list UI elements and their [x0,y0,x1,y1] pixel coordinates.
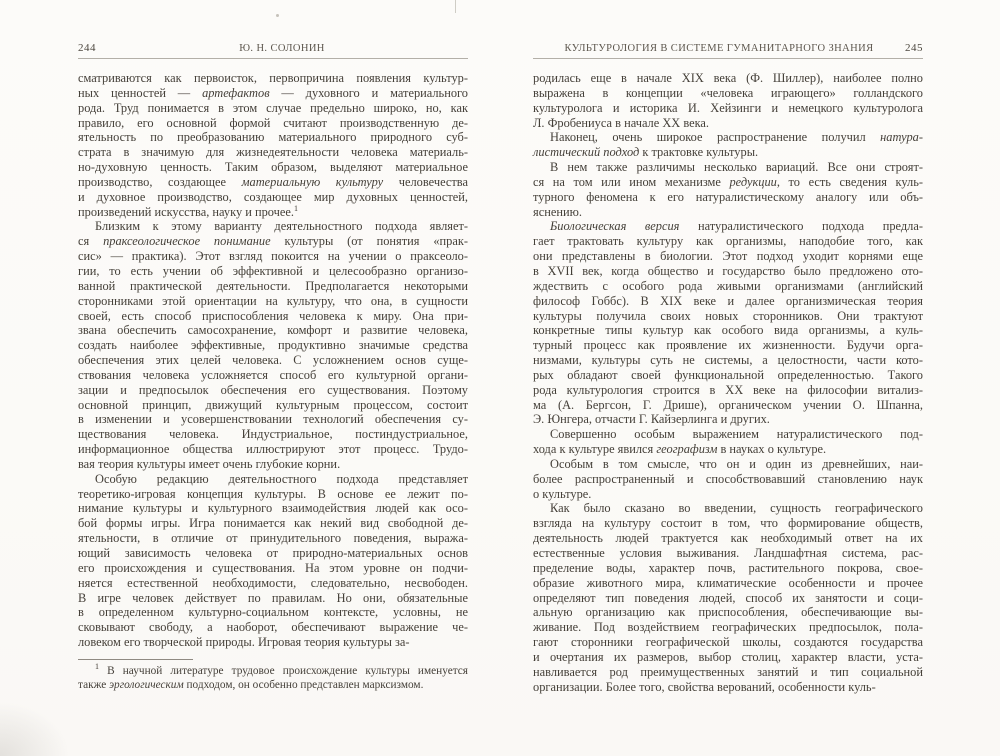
text-line: ма (А. Бергсон, Г. Дрише), органическом … [533,398,923,413]
running-head-left: Ю. Н. СОЛОНИН [96,43,468,54]
text-line: турный процесс как проявление их жизненн… [533,338,923,353]
text-line: хода к культуре явился географизм в наук… [533,442,923,457]
text-line: альную организацию как приспособления, о… [533,605,923,620]
text-line: Особым в том смысле, что он и один из др… [533,457,923,472]
text-line: своей, есть способ приспособления челове… [78,309,468,324]
text-line: Биологическая версия натуралистического … [533,219,923,234]
text-line: деятельность людей трактуется как необхо… [533,531,923,546]
text-line: турного феномена к его натуралистическом… [533,190,923,205]
text-line: ятельность по преобразованию материально… [78,130,468,145]
footnote-marker: 1 [294,203,298,212]
page-right-header: КУЛЬТУРОЛОГИЯ В СИСТЕМЕ ГУМАНИТАРНОГО ЗН… [533,42,923,59]
text-line: образие животного мира, климатические ос… [533,576,923,591]
text-line: рода культурология строится в XX веке на… [533,383,923,398]
text-line: ществования человека. Индустриальное, по… [78,427,468,442]
text-line: В нем также различимы несколько вариаций… [533,160,923,175]
text-line: создать наиболее эффективные, продуктивн… [78,338,468,353]
text-line: ствования человека усложняется способ ег… [78,368,468,383]
text-line: ющий зависимость человека от природно-ма… [78,546,468,561]
text-line: сковывают свободу, а наоборот, обеспечив… [78,620,468,635]
text-line: производство, создающее материальную кул… [78,175,468,190]
text-line: живание. Под воздействием географических… [533,620,923,635]
footnote-separator [78,659,193,660]
text-line: ятельности, в отличие от принудительного… [78,531,468,546]
text-line: Как было сказано во введении, сущность г… [533,501,923,516]
text-line: ся праксеологическое понимание культуры … [78,234,468,249]
text-line: навливается род преимущественных занятий… [533,665,923,680]
text-line: Наконец, очень широкое распространение п… [533,130,923,145]
scan-artifact-dot [276,14,279,17]
text-line: теоретико-игровая концепция культуры. В … [78,487,468,502]
text-line: в определенном культурно-социальном конт… [78,605,468,620]
text-line: в XVII век, когда общество и государство… [533,264,923,279]
text-line: ных ценностей — артефактов — духовного и… [78,86,468,101]
text-line: нимание культуры и культурного взаимодей… [78,501,468,516]
footnote: 1 В научной литературе трудовое происхож… [78,665,468,692]
page-left: 244 Ю. Н. СОЛОНИН сматриваются как перво… [78,42,468,692]
page-right-body: родилась еще в начале XIX века (Ф. Шилле… [533,71,923,694]
text-line: В игре человек действует по правилам. Но… [78,591,468,606]
text-line: Э. Юнгера, отчасти Г. Кайзерлинга и друг… [533,412,923,427]
text-line: яснению. [533,205,923,220]
text-line: ждествить с особого рода живыми организм… [533,279,923,294]
text-line: выражена в концепции «человека играющего… [533,86,923,101]
text-line: гии, то есть учении об эффективной и цел… [78,264,468,279]
text-line: вая теория культуры имеет очень глубокие… [78,457,468,472]
text-line: культуролога и историка И. Хейзинги и не… [533,101,923,116]
text-line: и духовное производство, создающее мир д… [78,190,468,205]
text-line: информационное общества иллюстрируют это… [78,442,468,457]
text-line: родилась еще в начале XIX века (Ф. Шилле… [533,71,923,86]
text-line: ванной практической деятельности. Предпо… [78,279,468,294]
page-left-body: сматриваются как первоисток, первопричин… [78,71,468,650]
text-line: но-духовную ценность. Таким образом, выд… [78,160,468,175]
text-line: сторонниками этой ориентации на культуру… [78,294,468,309]
text-line: культуры получила своих новых стороннико… [533,309,923,324]
text-line: гают сторонники географической школы, со… [533,635,923,650]
text-line: они представлены в биологии. Этот подход… [533,249,923,264]
text-line: пределение воды, характер почв, растител… [533,561,923,576]
page-number-left: 244 [78,42,96,54]
text-line: более распространенный и способствовавши… [533,472,923,487]
text-line: также эргологическим подходом, он особен… [78,679,468,693]
text-line: няется естественной необходимости, следо… [78,576,468,591]
text-line: конкретные типы культур как особого вида… [533,323,923,338]
text-line: философ Гоббс). В XIX веке и далее орган… [533,294,923,309]
page-left-header: 244 Ю. Н. СОЛОНИН [78,42,468,59]
text-line: страта в значимую для жизнедеятельности … [78,145,468,160]
text-line: листический подход к трактовке культуры. [533,145,923,160]
page-number-right: 245 [905,42,923,54]
text-line: Близким к этому варианту деятельностного… [78,219,468,234]
text-line: зации и предпосылок обеспечения его суще… [78,383,468,398]
text-line: 1 В научной литературе трудовое происхож… [78,665,468,679]
text-line: сис» — практика). Этот взгляд покоится н… [78,249,468,264]
text-line: Особую редакцию деятельностного подхода … [78,472,468,487]
text-line: рых обладают своей функциональной опреде… [533,368,923,383]
text-line: звана обеспечить самосохранение, комфорт… [78,323,468,338]
running-head-right: КУЛЬТУРОЛОГИЯ В СИСТЕМЕ ГУМАНИТАРНОГО ЗН… [533,43,905,54]
text-line: естественные условия выживания. Ландшафт… [533,546,923,561]
scan-artifact-line [455,0,456,13]
text-line: и очертания их размеров, выбор столиц, х… [533,650,923,665]
text-line: сматриваются как первоисток, первопричин… [78,71,468,86]
text-line: рода. Труд понимается в этом случае пред… [78,101,468,116]
text-line: ся на том или ином механизме редукции, т… [533,175,923,190]
book-scan-sheet: 244 Ю. Н. СОЛОНИН сматриваются как перво… [0,0,1000,756]
text-line: низмами, культуры суть не системы, а цел… [533,353,923,368]
text-line: Л. Фробениуса в начале XX века. [533,116,923,131]
page-right: КУЛЬТУРОЛОГИЯ В СИСТЕМЕ ГУМАНИТАРНОГО ЗН… [533,42,923,694]
scan-corner-shadow [0,701,70,756]
text-line: его происхождения и существования. На эт… [78,561,468,576]
text-line: гает трактовать культуру как организмы, … [533,234,923,249]
text-line: произведений искусства, науку и прочее.1 [78,205,468,220]
text-line: основной принцип, движущий культурным пр… [78,398,468,413]
text-line: в изменении и усовершенствовании техноло… [78,412,468,427]
text-line: Совершенно особым выражением натуралисти… [533,427,923,442]
text-line: ловеком его творческой природы. Игровая … [78,635,468,650]
text-line: обеспечения этих целей человека. С услож… [78,353,468,368]
text-line: определяют тип поведения людей, способ и… [533,591,923,606]
text-line: взгляда на культуру состоит в том, что ф… [533,516,923,531]
text-line: организации. Более того, свойства верова… [533,680,923,695]
text-line: бой формы игры. Игра понимается как неки… [78,516,468,531]
text-line: о культуре. [533,487,923,502]
text-line: правило, его основной формой считают про… [78,116,468,131]
